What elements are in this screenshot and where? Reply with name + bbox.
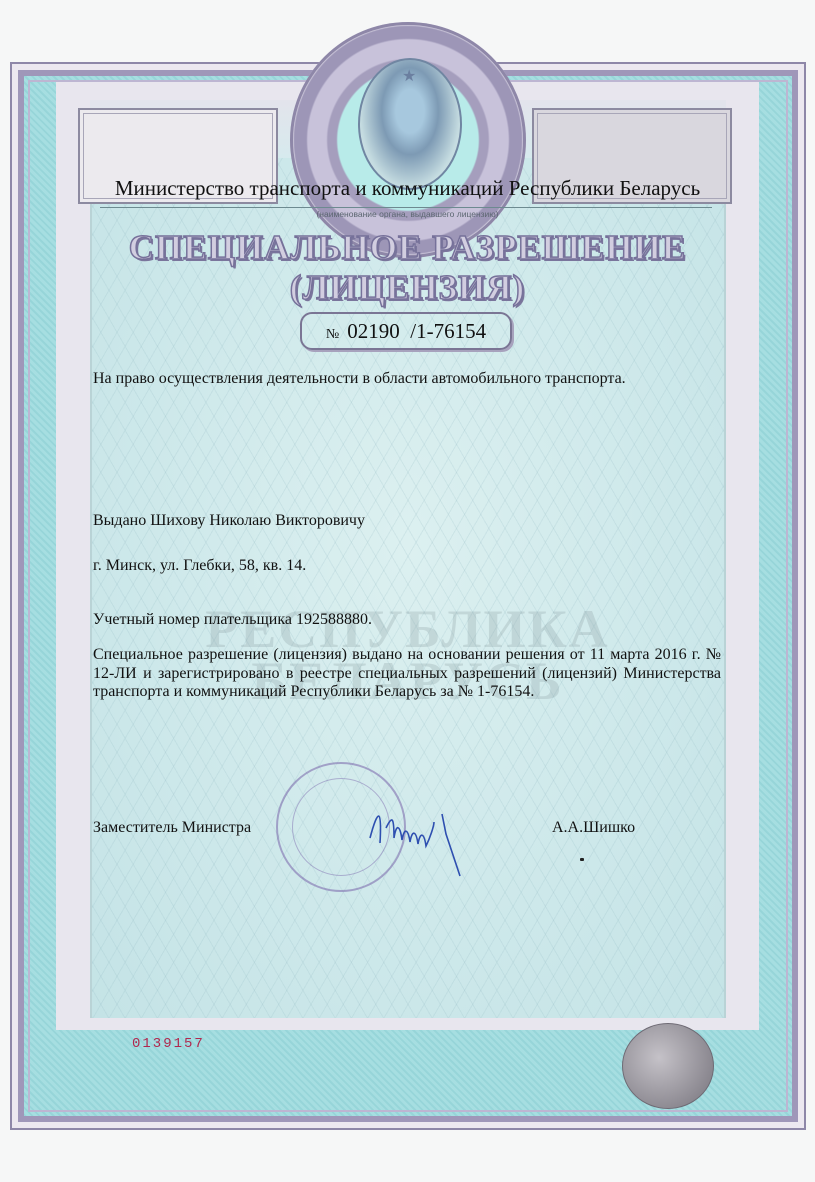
number-sign: № <box>326 327 339 342</box>
issued-to: Выдано Шихову Николаю Викторовичу <box>93 511 365 531</box>
license-number: 02190 /1-76154 <box>347 319 486 343</box>
state-emblem-icon: ★ <box>358 58 462 190</box>
authority-caption: (наименование органа, выдавшего лицензию… <box>0 209 815 219</box>
address: г. Минск, ул. Глебки, 58, кв. 14. <box>93 556 306 576</box>
star-icon: ★ <box>402 66 416 86</box>
basis-paragraph: Специальное разрешение (лицензия) выдано… <box>93 646 721 702</box>
serial-number: 0139157 <box>132 1036 205 1052</box>
document-title: СПЕЦИАЛЬНОЕ РАЗРЕШЕНИЕ <box>0 228 815 268</box>
signature <box>360 798 500 878</box>
ink-mark <box>580 858 584 861</box>
hologram-seal-icon <box>622 1023 714 1109</box>
taxpayer-number: Учетный номер плательщика 192588880. <box>93 610 372 630</box>
issuing-authority: Министерство транспорта и коммуникаций Р… <box>0 176 815 201</box>
authority-underline <box>100 207 712 208</box>
activity-text: На право осуществления деятельности в об… <box>93 369 626 389</box>
signatory-name: А.А.Шишко <box>552 818 635 838</box>
license-number-box: №02190 /1-76154 <box>300 312 512 350</box>
document-subtitle: (ЛИЦЕНЗИЯ) <box>0 268 815 308</box>
signatory-title: Заместитель Министра <box>93 818 251 838</box>
